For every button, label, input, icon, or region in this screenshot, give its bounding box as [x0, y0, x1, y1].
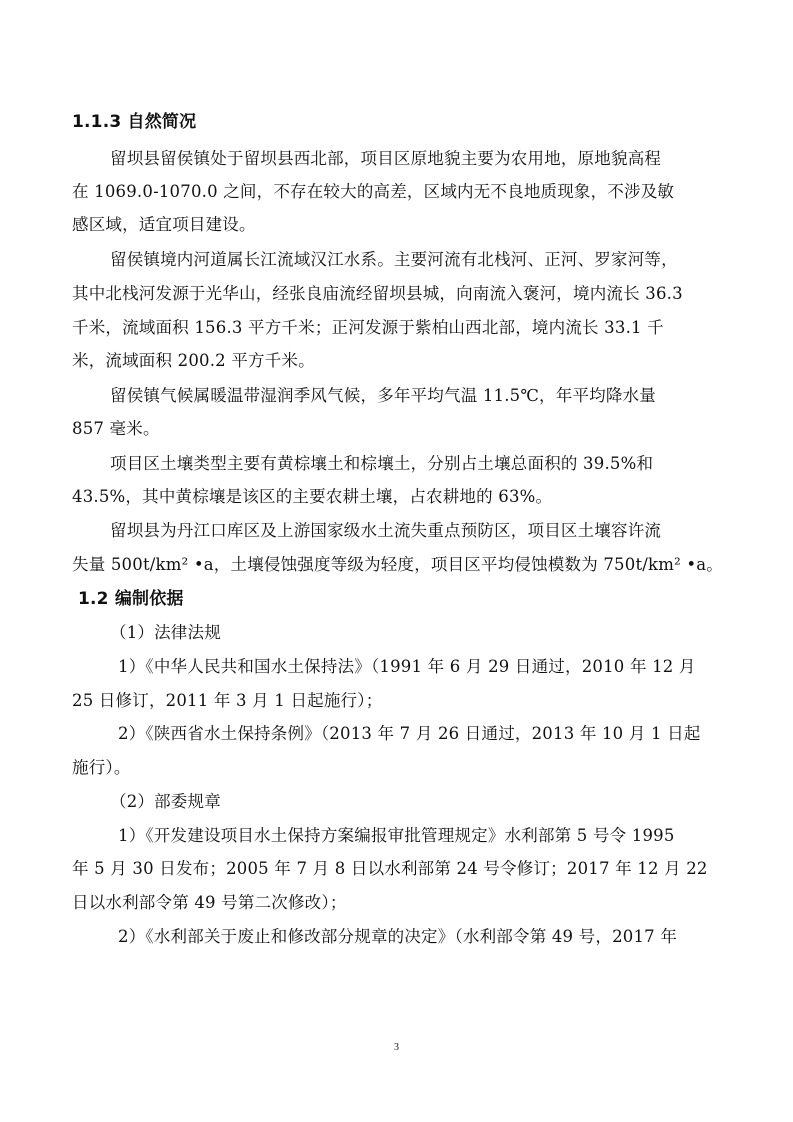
section-heading-113: 1.1.3 自然简况 [72, 112, 724, 132]
paragraph-rivers-line: 千米，流域面积 156.3 平方千米；正河发源于紫柏山西北部，境内流长 33.1… [72, 318, 724, 338]
regulation-item-line: 年 5 月 30 日发布；2005 年 7 月 8 日以水利部第 24 号令修订… [72, 859, 724, 879]
law-item-line: 施行）。 [72, 758, 724, 778]
paragraph-rivers-line: 留侯镇境内河道属长江流域汉江水系。主要河流有北栈河、正河、罗家河等， [110, 250, 724, 270]
paragraph-terrain-line: 在 1069.0-1070.0 之间，不存在较大的高差，区域内无不良地质现象，不… [72, 182, 724, 202]
regulation-item-line: 2）《水利部关于废止和修改部分规章的决定》（水利部令第 49 号，2017 年 [118, 927, 732, 947]
document-page: 1.1.3 自然简况 留坝县留侯镇处于留坝县西北部，项目区原地貌主要为农用地，原… [0, 0, 793, 1122]
page-number: 3 [0, 1042, 793, 1053]
section-heading-12: 1.2 编制依据 [78, 589, 730, 609]
paragraph-climate-line: 留侯镇气候属暖温带湿润季风气候，多年平均气温 11.5℃，年平均降水量 [110, 386, 724, 406]
regulation-item-line: 日以水利部令第 49 号第二次修改）； [72, 893, 724, 913]
subheading-laws: （1）法律法规 [110, 623, 762, 643]
paragraph-rivers-line: 米，流域面积 200.2 平方千米。 [72, 351, 724, 371]
paragraph-soil-line: 43.5%，其中黄棕壤是该区的主要农耕土壤，占农耕地的 63%。 [72, 487, 724, 507]
paragraph-terrain-line: 感区域，适宜项目建设。 [72, 215, 724, 235]
law-item-line: 25 日修订，2011 年 3 月 1 日起施行）； [72, 691, 724, 711]
regulation-item-line: 1）《开发建设项目水土保持方案编报审批管理规定》水利部第 5 号令 1995 [118, 826, 732, 846]
law-item-line: 2）《陕西省水土保持条例》（2013 年 7 月 26 日通过，2013 年 1… [118, 724, 732, 744]
law-item-line: 1）《中华人民共和国水土保持法》（1991 年 6 月 29 日通过，2010 … [118, 657, 732, 677]
paragraph-climate-line: 857 毫米。 [72, 419, 724, 439]
paragraph-erosion-line: 留坝县为丹江口库区及上游国家级水土流失重点预防区，项目区土壤容许流 [110, 521, 724, 541]
paragraph-terrain-line: 留坝县留侯镇处于留坝县西北部，项目区原地貌主要为农用地，原地貌高程 [110, 149, 724, 169]
paragraph-soil-line: 项目区土壤类型主要有黄棕壤土和棕壤土，分别占土壤总面积的 39.5%和 [110, 454, 724, 474]
subheading-regulations: （2）部委规章 [110, 792, 762, 812]
paragraph-rivers-line: 其中北栈河发源于光华山，经张良庙流经留坝县城，向南流入褒河，境内流长 36.3 [72, 284, 724, 304]
paragraph-erosion-line: 失量 500t/km² •a，土壤侵蚀强度等级为轻度，项目区平均侵蚀模数为 75… [72, 555, 724, 575]
